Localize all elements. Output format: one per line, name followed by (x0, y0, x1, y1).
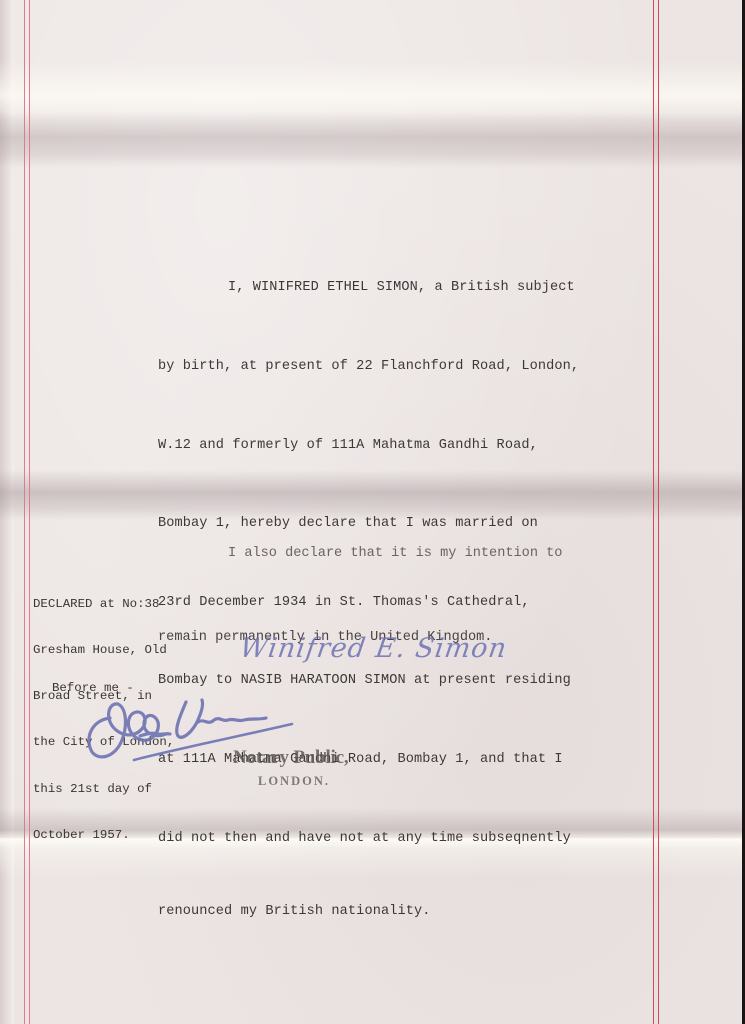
intention-line: I also declare that it is my intention t… (158, 540, 562, 568)
paper-left-edge (0, 0, 14, 1024)
intention-paragraph: I also declare that it is my intention t… (158, 484, 562, 708)
fold-shadow-top (0, 112, 742, 168)
left-margin-line (29, 0, 30, 1024)
declarant-signature: Winifred E. Simon (238, 633, 509, 664)
declared-line: DECLARED at No:38 (33, 597, 174, 612)
right-margin-line (653, 0, 654, 1024)
document-page: I, WINIFRED ETHEL SIMON, a British subje… (0, 0, 742, 1024)
declaration-line: I, WINIFRED ETHEL SIMON, a British subje… (158, 275, 579, 301)
left-margin-line (24, 0, 25, 1024)
declaration-line: renounced my British nationality. (158, 899, 579, 925)
declared-line: October 1957. (33, 828, 174, 843)
declaration-line: by birth, at present of 22 Flanchford Ro… (158, 354, 579, 380)
declaration-line: did not then and have not at any time su… (158, 826, 579, 852)
notary-stamp-city: LONDON. (258, 774, 330, 789)
declared-line: Gresham House, Old (33, 643, 174, 658)
declared-line: this 21st day of (33, 782, 174, 797)
notary-stamp-title: Notary Public, (233, 747, 348, 769)
declaration-line: W.12 and formerly of 111A Mahatma Gandhi… (158, 433, 579, 459)
right-margin-line (658, 0, 659, 1024)
fold-highlight-top (0, 60, 742, 120)
